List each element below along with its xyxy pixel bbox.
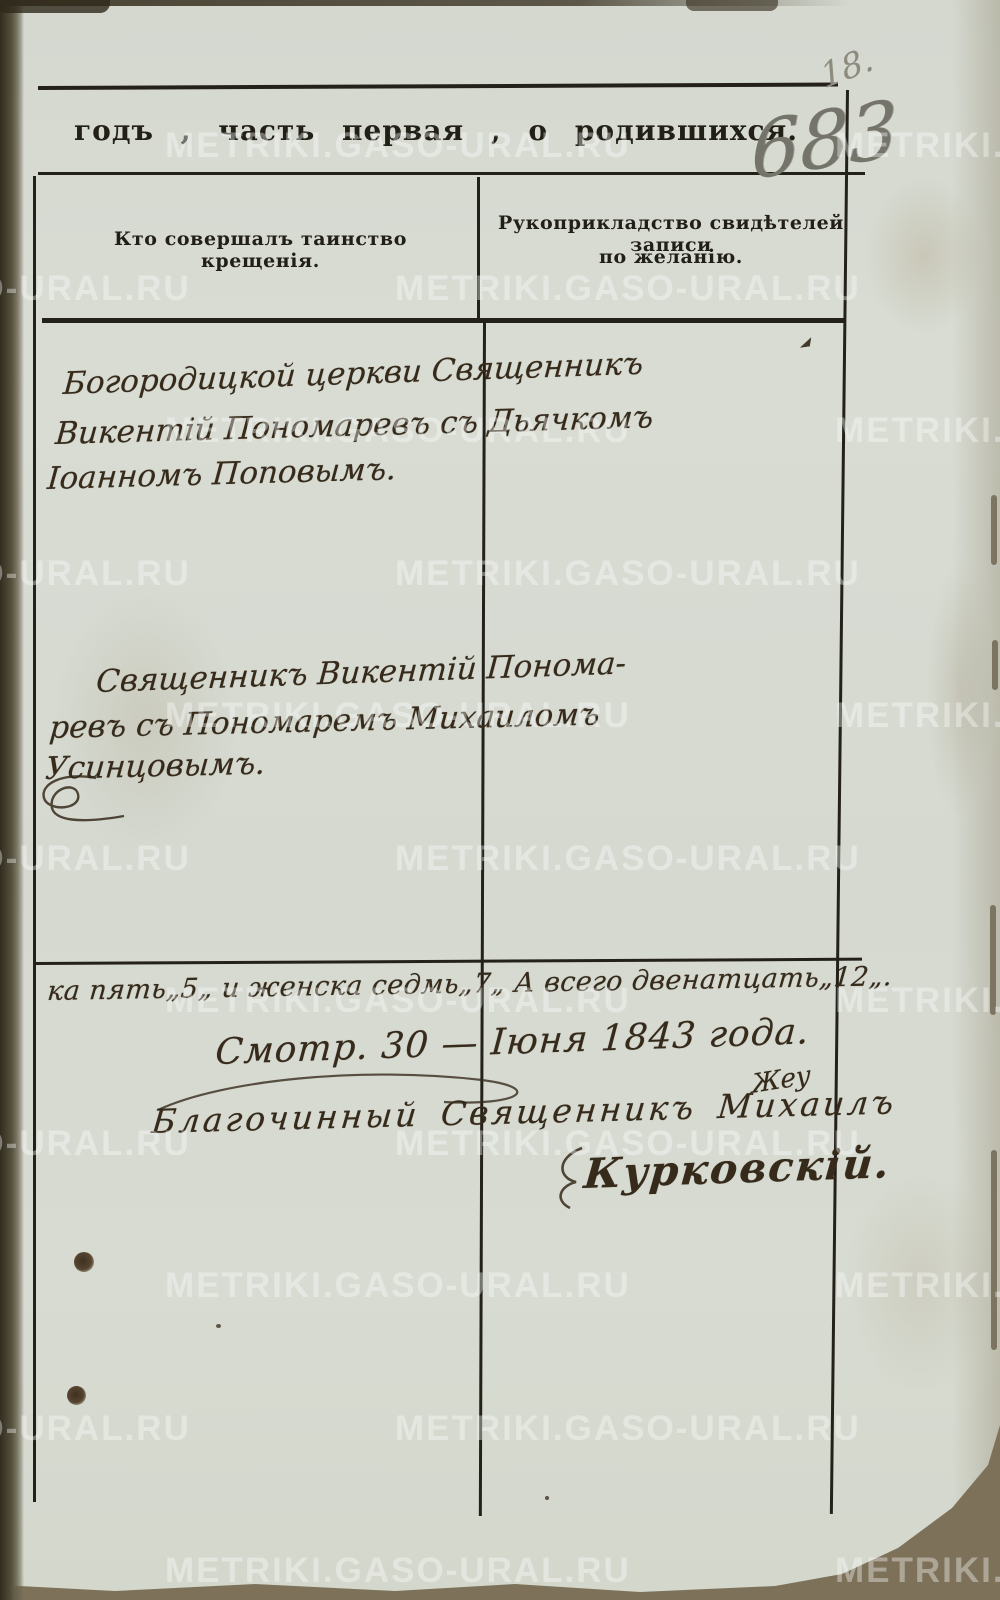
page-top-edge: [0, 0, 110, 13]
rule-top: [38, 83, 838, 90]
inspection-line: Смотр. 30 — Іюня 1843 года.: [214, 1011, 811, 1073]
totals-line: ка пять„5„ и женска седмь„7„ А всего две…: [46, 961, 894, 1007]
edge-tear: [991, 495, 997, 565]
ink-mark: [798, 337, 812, 348]
certification-line: Благочинный Священникъ Михаилъ: [150, 1082, 898, 1141]
entry2-line2: ревъ съ Пономаремъ Михаиломъ: [48, 696, 601, 746]
entry1-line3: Іоанномъ Поповымъ.: [46, 451, 398, 497]
rule-header-bottom: [42, 318, 845, 323]
entry2-line1: Священникъ Викентій Понома-: [95, 645, 627, 700]
wormhole: [74, 1252, 94, 1272]
pencil-folio-number: 683: [750, 84, 899, 198]
column-header-officiant: Кто совершалъ таинство крещенія.: [58, 228, 463, 272]
entry2-line3: Усинцовымъ.: [44, 746, 267, 787]
edge-tear: [990, 905, 996, 1015]
ink-speck: [216, 1324, 221, 1328]
page-title: годъ , часть первая , о родившихся.: [74, 114, 798, 147]
entry1-line1: Богородицкой церкви Священникъ: [62, 346, 645, 402]
column-divider-body: [479, 323, 486, 1516]
scanned-metric-book-page: годъ , часть первая , о родившихся. Кто …: [0, 0, 1000, 1600]
page-top-edge: [0, 0, 1000, 6]
edge-tear: [992, 640, 998, 690]
border-left: [33, 176, 36, 1502]
column-divider-header: [477, 177, 480, 319]
wormhole: [67, 1386, 86, 1405]
ink-speck: [545, 1496, 549, 1500]
page-top-edge: [686, 0, 778, 11]
border-right: [830, 90, 849, 1514]
edge-tear: [991, 1150, 997, 1350]
page-edge-shade: [952, 0, 1000, 1600]
rule-header-top: [38, 172, 865, 175]
column-header-witnesses-line2: по желанію.: [492, 246, 850, 268]
paper-sheet: годъ , часть первая , о родившихся. Кто …: [0, 0, 1000, 1600]
signature: Курковскій.: [582, 1139, 893, 1198]
entry1-line2: Викентій Пономаревъ съ Дьячкомъ: [54, 399, 655, 452]
book-gutter-edge: [0, 0, 24, 1600]
